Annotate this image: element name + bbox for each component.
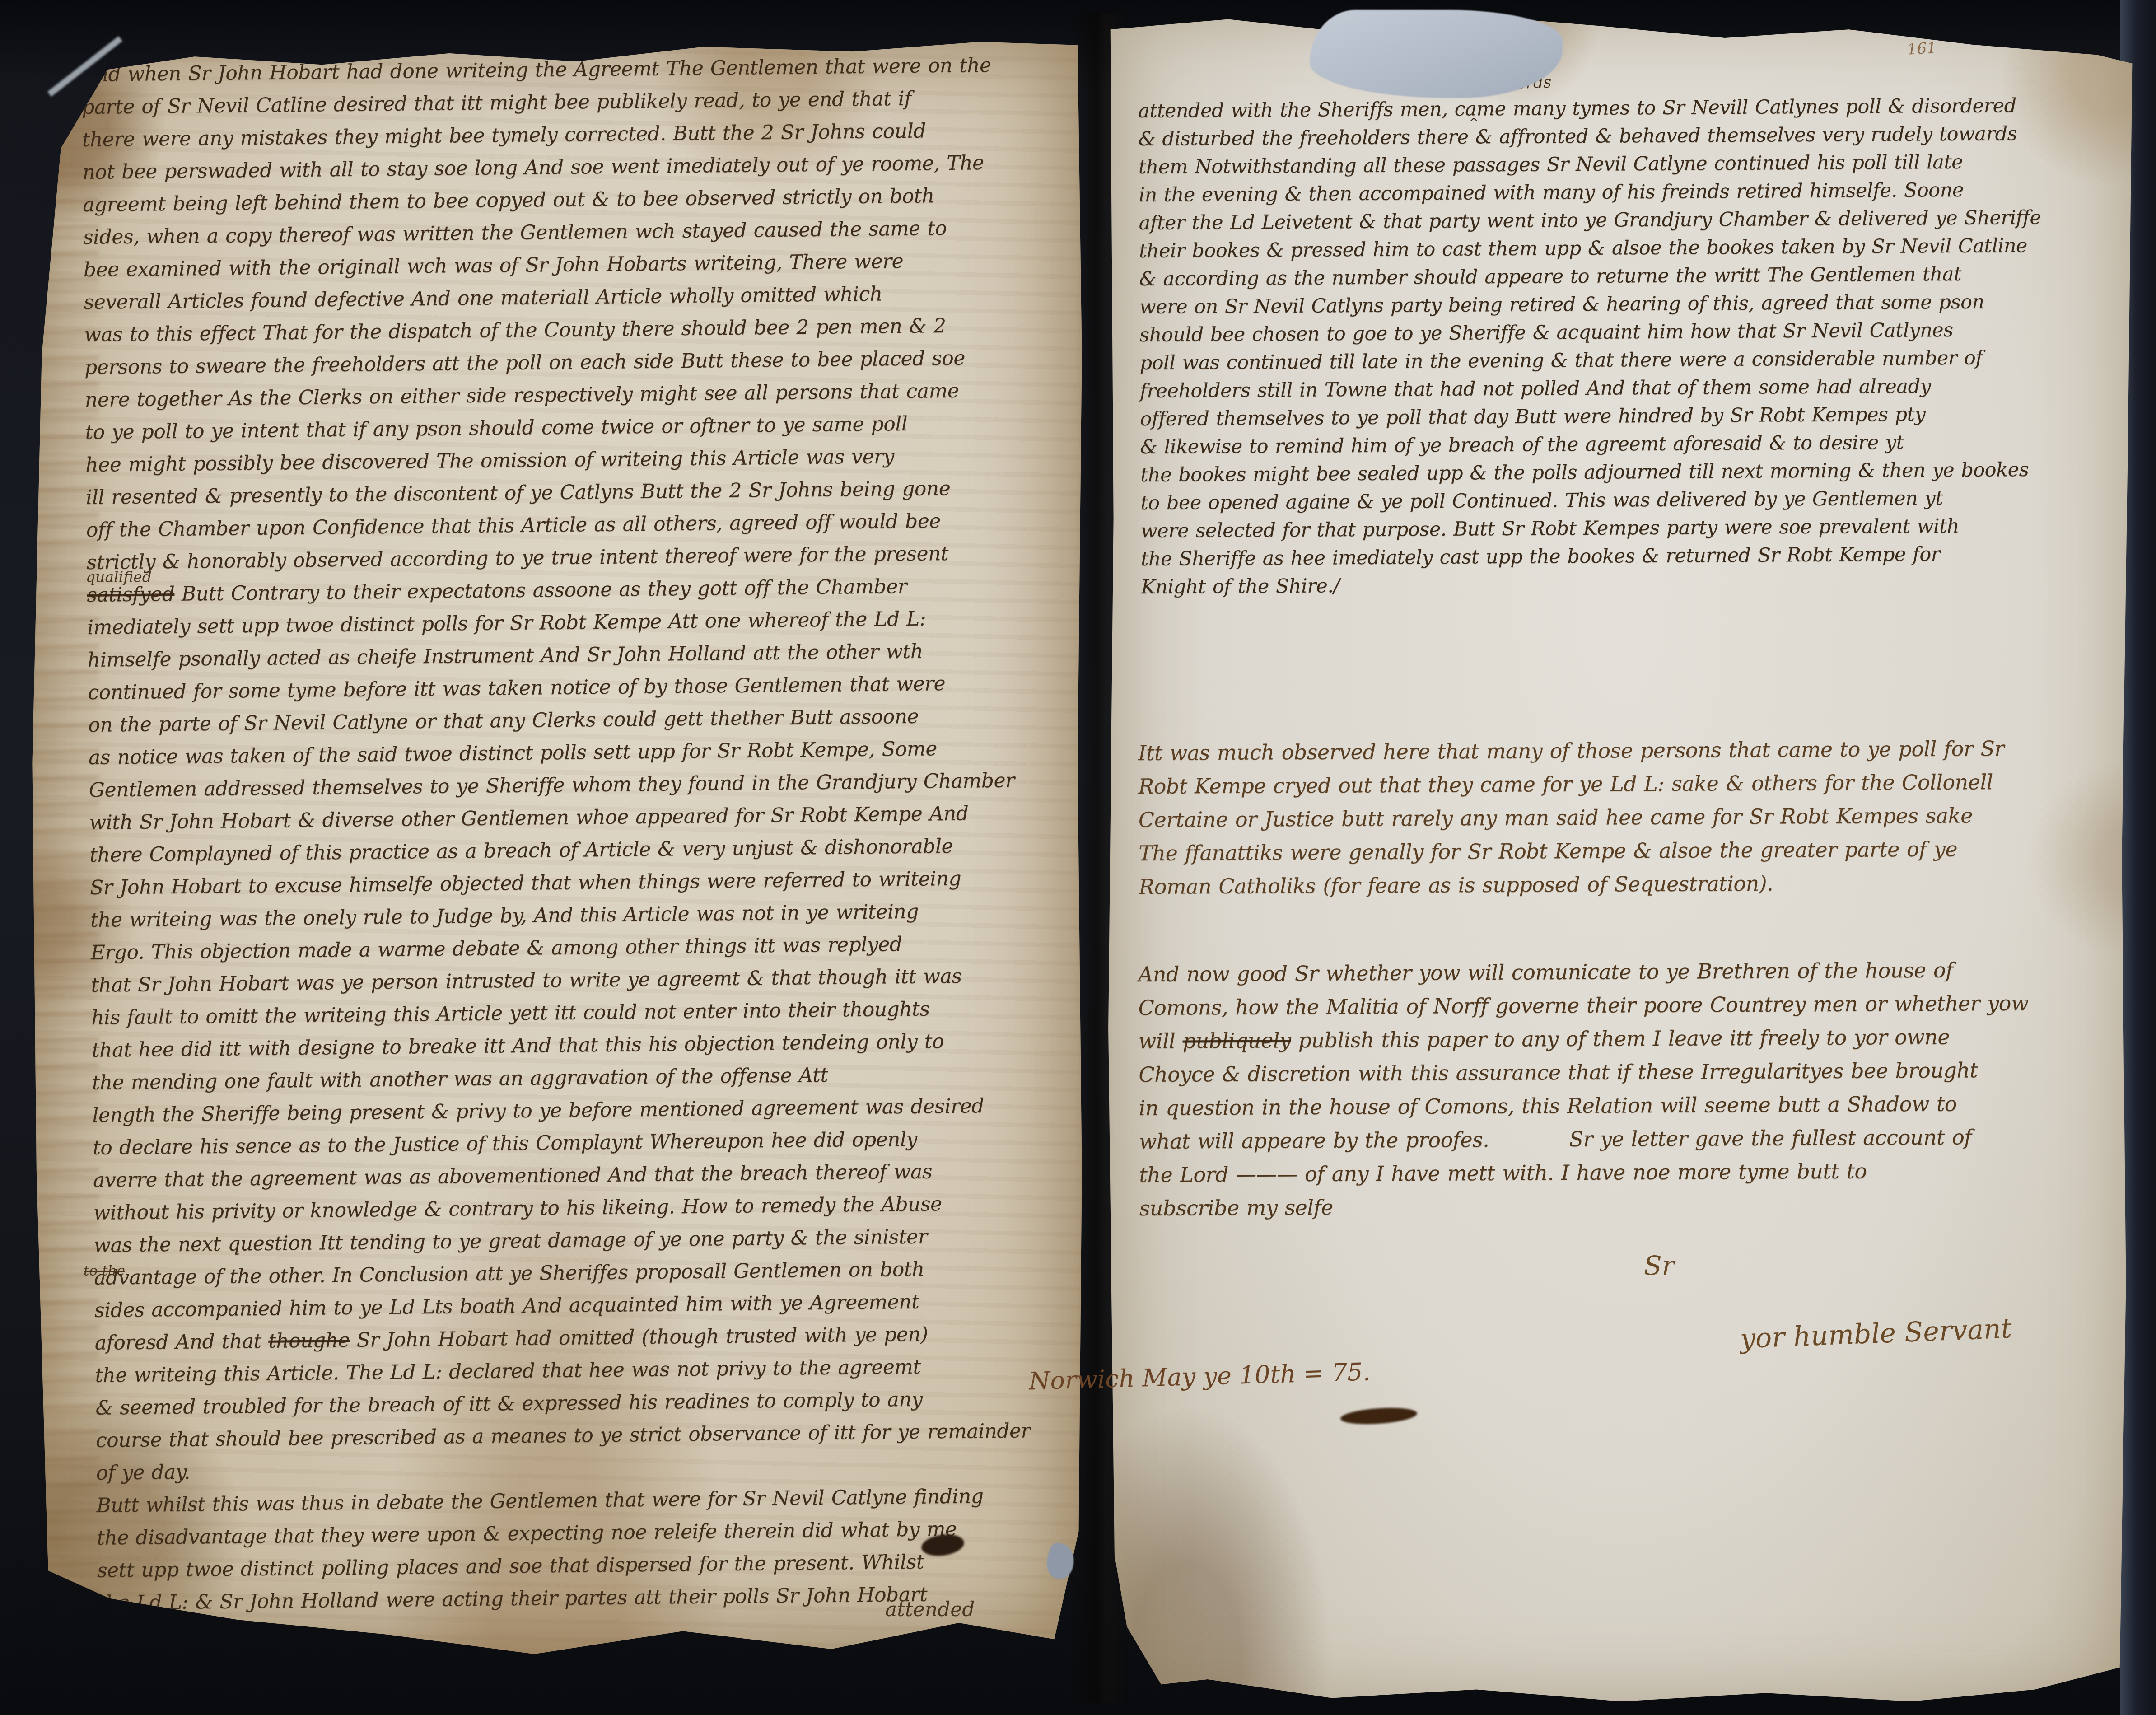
struck-word: satisfyed: [87, 583, 175, 607]
manuscript-line: Choyce & discretion with this assurance …: [1139, 1053, 2121, 1091]
manuscript-line: Roman Catholiks (for feare as is suppose…: [1139, 865, 2121, 903]
right-page-paragraph-2: Itt was much observed here that many of …: [1138, 731, 2121, 903]
backing-paper-patch: [1310, 10, 1563, 98]
manuscript-line: And now good Sr whether yow will comunic…: [1138, 953, 2120, 991]
manuscript-line: were on Sr Nevil Catlyns party being ret…: [1139, 287, 2122, 321]
line-segment: will: [1139, 1028, 1183, 1053]
manuscript-line: will publiquely publish this paper to an…: [1139, 1019, 2121, 1058]
manuscript-line: Robt Kempe cryed out that they came for …: [1138, 765, 2120, 803]
right-page-paragraph-3: And now good Sr whether yow will comunic…: [1138, 953, 2122, 1225]
struck-word: publiquely: [1182, 1028, 1291, 1053]
left-page-text-block: And when Sr John Hobart had done writein…: [81, 48, 1086, 1620]
manuscript-scan: And when Sr John Hobart had done writein…: [0, 0, 2156, 1715]
manuscript-line: Itt was much observed here that many of …: [1138, 731, 2120, 770]
manuscript-line: poll was continued till late in the even…: [1139, 343, 2122, 377]
insertion-caret: ^: [1468, 116, 1479, 131]
marginal-struck-insertion: to the: [84, 1263, 125, 1279]
manuscript-line: & disturbed the freeholders there & affr…: [1138, 119, 2120, 153]
right-page-paragraph-1: attended with the Sheriffs men, came man…: [1138, 91, 2123, 601]
manuscript-line: in question in the house of Comons, this…: [1139, 1086, 2121, 1125]
line-segment: publish this paper to any of them I leav…: [1291, 1025, 1950, 1053]
manuscript-line: The ffanattiks were genally for Sr Robt …: [1139, 832, 2121, 870]
manuscript-line: subscribe my selfe: [1139, 1187, 2122, 1225]
line-segment: Sr John Hobart had omitted (though trust…: [350, 1323, 928, 1352]
catchword: attended: [885, 1598, 975, 1621]
line-segment: Butt Contrary to their expectatons assoo…: [174, 575, 907, 606]
manuscript-line: the Lord ——— of any I have mett with. I …: [1139, 1153, 2121, 1192]
manuscript-line: Comons, how the Malitia of Norff governe…: [1138, 986, 2120, 1024]
interlinear-correction: qualified: [86, 568, 152, 586]
manuscript-line: what will appeare by the proofes. Sr ye …: [1139, 1120, 2121, 1158]
struck-word: thoughe: [268, 1329, 350, 1353]
manuscript-line: Knight of the Shire./: [1141, 567, 2123, 601]
line-segment: aforesd And that: [95, 1330, 269, 1355]
manuscript-line: their bookes & pressed him to cast them …: [1139, 231, 2121, 265]
signature-salutation: Sr: [1644, 1250, 1674, 1281]
manuscript-line: the bookes might bee sealed upp & the po…: [1140, 455, 2123, 489]
right-manuscript-leaf: 161 attended with the Sheriffs men, came…: [1104, 9, 2138, 1708]
folio-number: 161: [1907, 39, 1937, 58]
manuscript-line: Certaine or Justice butt rarely any man …: [1139, 798, 2121, 836]
left-manuscript-leaf: And when Sr John Hobart had done writein…: [25, 27, 1086, 1662]
signature: yor humble Servant: [1740, 1313, 2012, 1355]
